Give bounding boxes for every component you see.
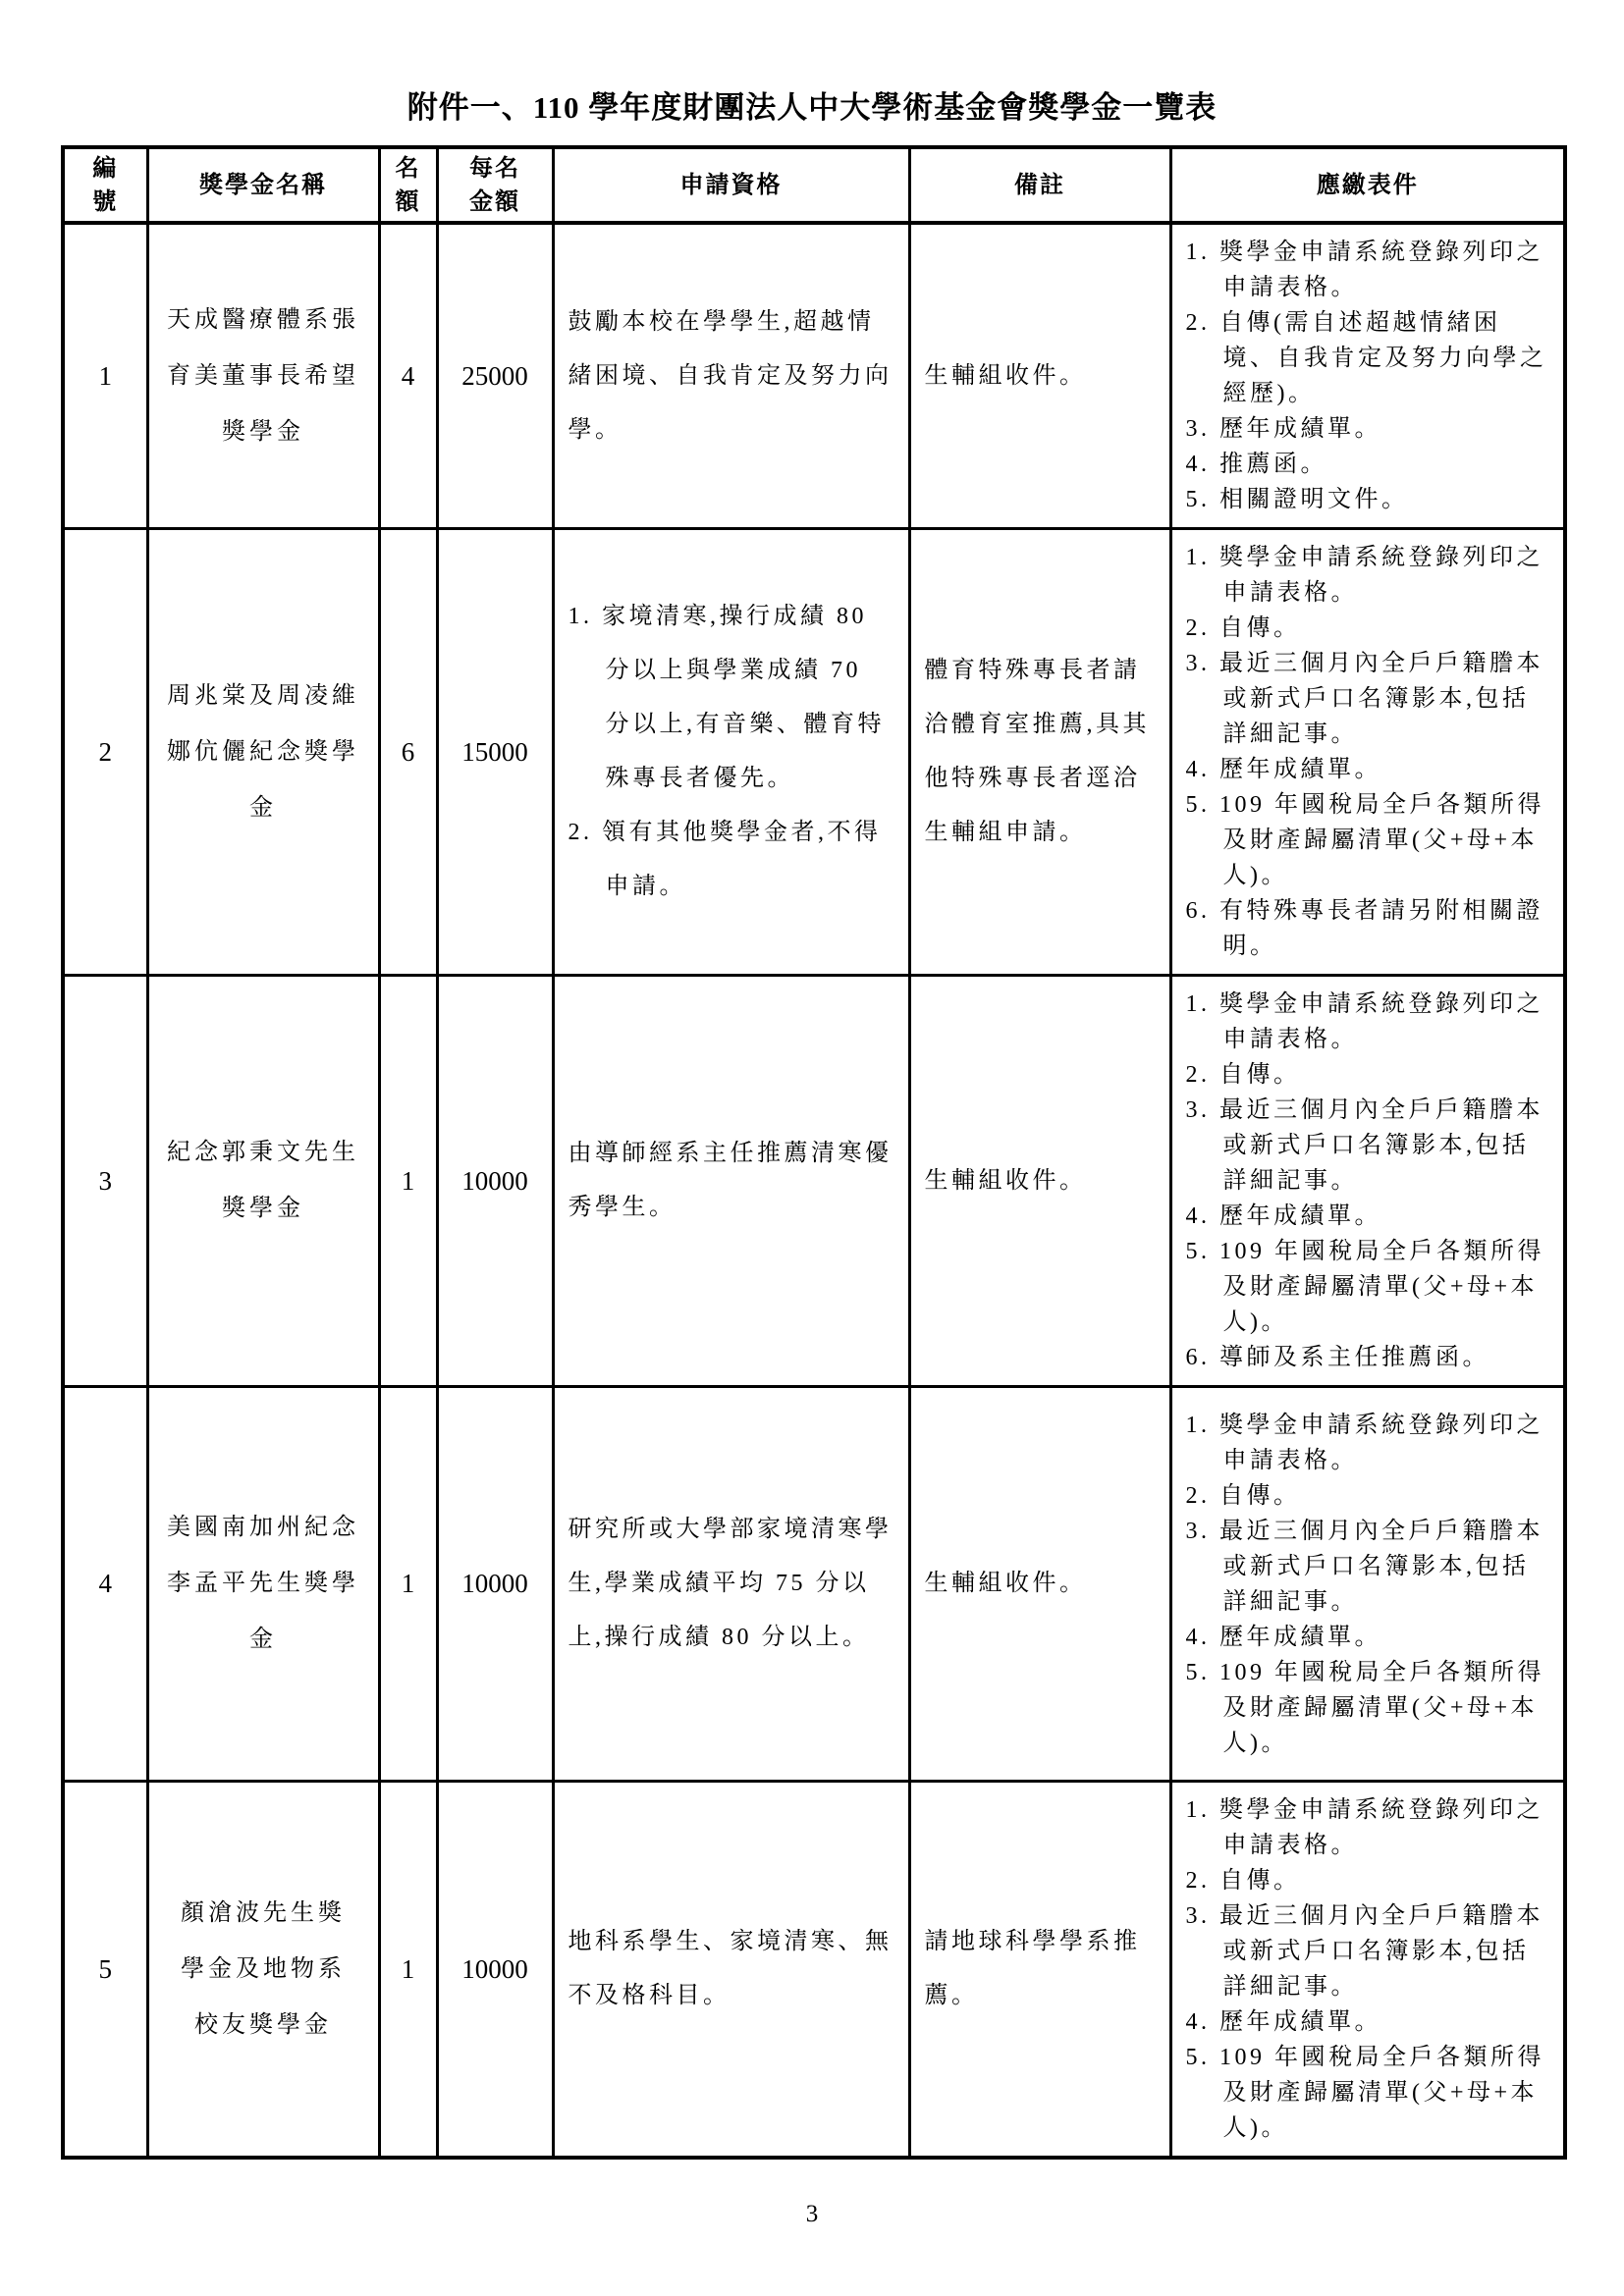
- table-row: 5 顏滄波先生獎 學金及地物系 校友獎學金 1 10000 地科系學生、家境清寒…: [63, 1782, 1565, 2159]
- document-item: 4. 歷年成績單。: [1186, 1620, 1548, 1655]
- note-text: 請地球科學學系推薦。: [925, 1929, 1141, 2008]
- scholarship-name: 紀念郭秉文先生 獎學金: [167, 1140, 359, 1221]
- scholarship-name-cell: 周兆棠及周凌維 娜伉儷紀念獎學 金: [147, 529, 379, 976]
- qualification-item: 1. 家境清寒,操行成績 80 分以上與學業成績 70 分以上,有音樂、體育特殊…: [568, 590, 893, 806]
- row-number-cell: 2: [63, 529, 147, 976]
- document-item: 5. 109 年國稅局全戶各類所得及財產歸屬清單(父+母+本人)。: [1186, 1234, 1548, 1340]
- document-item: 1. 獎學金申請系統登錄列印之申請表格。: [1186, 1792, 1548, 1863]
- page-title: 附件一、110 學年度財團法人中大學術基金會獎學金一覽表: [0, 82, 1624, 127]
- document-item: 3. 最近三個月內全戶戶籍謄本或新式戶口名簿影本,包括詳細記事。: [1186, 1093, 1548, 1199]
- documents-list: 1. 獎學金申請系統登錄列印之申請表格。2. 自傳(需自述超越情緒困境、自我肯定…: [1186, 235, 1548, 517]
- quota-value: 6: [402, 737, 415, 767]
- quota-cell: 1: [379, 1782, 437, 2159]
- note-cell: 生輔組收件。: [909, 976, 1170, 1387]
- document-item: 3. 最近三個月內全戶戶籍謄本或新式戶口名簿影本,包括詳細記事。: [1186, 1514, 1548, 1620]
- document-item: 5. 相關證明文件。: [1186, 482, 1548, 517]
- col-header-note: 備註: [909, 147, 1170, 223]
- qualification-item: 由導師經系主任推薦清寒優秀學生。: [568, 1127, 893, 1235]
- qualification-item: 鼓勵本校在學學生,超越情緒困境、自我肯定及努力向學。: [568, 295, 893, 457]
- row-number-cell: 1: [63, 223, 147, 529]
- col-header-quota: 名 額: [379, 147, 437, 223]
- table-row: 3 紀念郭秉文先生 獎學金 1 10000 由導師經系主任推薦清寒優秀學生。 生…: [63, 976, 1565, 1387]
- note-text: 生輔組收件。: [925, 1168, 1087, 1194]
- documents-cell: 1. 獎學金申請系統登錄列印之申請表格。2. 自傳。3. 最近三個月內全戶戶籍謄…: [1170, 976, 1565, 1387]
- qualification-cell: 研究所或大學部家境清寒學生,學業成績平均 75 分以上,操行成績 80 分以上。: [553, 1387, 909, 1782]
- col-header-number: 編 號: [63, 147, 147, 223]
- amount-value: 10000: [461, 1954, 528, 1984]
- qualification-list: 研究所或大學部家境清寒學生,學業成績平均 75 分以上,操行成績 80 分以上。: [568, 1503, 893, 1665]
- page-number: 3: [0, 2201, 1624, 2228]
- documents-cell: 1. 獎學金申請系統登錄列印之申請表格。2. 自傳。3. 最近三個月內全戶戶籍謄…: [1170, 1387, 1565, 1782]
- qualification-list: 1. 家境清寒,操行成績 80 分以上與學業成績 70 分以上,有音樂、體育特殊…: [568, 590, 893, 914]
- document-item: 2. 自傳。: [1186, 1863, 1548, 1898]
- qualification-item: 地科系學生、家境清寒、無不及格科目。: [568, 1915, 893, 2023]
- row-number: 3: [99, 1166, 113, 1196]
- amount-value: 10000: [461, 1166, 528, 1196]
- documents-list: 1. 獎學金申請系統登錄列印之申請表格。2. 自傳。3. 最近三個月內全戶戶籍謄…: [1186, 987, 1548, 1375]
- scholarship-name: 天成醫療體系張 育美董事長希望 獎學金: [167, 307, 359, 445]
- table-row: 4 美國南加州紀念 李孟平先生獎學 金 1 10000 研究所或大學部家境清寒學…: [63, 1387, 1565, 1782]
- amount-cell: 15000: [437, 529, 553, 976]
- document-page: 附件一、110 學年度財團法人中大學術基金會獎學金一覽表 編 號 獎學金名稱 名…: [0, 0, 1624, 2296]
- col-header-documents: 應繳表件: [1170, 147, 1565, 223]
- document-item: 1. 獎學金申請系統登錄列印之申請表格。: [1186, 987, 1548, 1057]
- qualification-item: 研究所或大學部家境清寒學生,學業成績平均 75 分以上,操行成績 80 分以上。: [568, 1503, 893, 1665]
- col-header-amount: 每名 金額: [437, 147, 553, 223]
- documents-cell: 1. 獎學金申請系統登錄列印之申請表格。2. 自傳(需自述超越情緒困境、自我肯定…: [1170, 223, 1565, 529]
- note-cell: 體育特殊專長者請洽體育室推薦,具其他特殊專長者逕洽生輔組申請。: [909, 529, 1170, 976]
- col-header-qualification: 申請資格: [553, 147, 909, 223]
- document-item: 4. 推薦函。: [1186, 447, 1548, 482]
- table-row: 1 天成醫療體系張 育美董事長希望 獎學金 4 25000 鼓勵本校在學學生,超…: [63, 223, 1565, 529]
- quota-value: 1: [402, 1954, 415, 1984]
- quota-cell: 1: [379, 1387, 437, 1782]
- quota-value: 1: [402, 1569, 415, 1598]
- document-item: 4. 歷年成績單。: [1186, 2004, 1548, 2040]
- document-item: 3. 最近三個月內全戶戶籍謄本或新式戶口名簿影本,包括詳細記事。: [1186, 1898, 1548, 2004]
- note-text: 生輔組收件。: [925, 1571, 1087, 1596]
- scholarship-name-cell: 天成醫療體系張 育美董事長希望 獎學金: [147, 223, 379, 529]
- note-text: 體育特殊專長者請洽體育室推薦,具其他特殊專長者逕洽生輔組申請。: [925, 658, 1151, 845]
- note-cell: 請地球科學學系推薦。: [909, 1782, 1170, 2159]
- note-text: 生輔組收件。: [925, 363, 1087, 389]
- quota-value: 4: [402, 361, 415, 391]
- amount-cell: 25000: [437, 223, 553, 529]
- qualification-list: 地科系學生、家境清寒、無不及格科目。: [568, 1915, 893, 2023]
- row-number: 4: [99, 1569, 113, 1598]
- document-item: 4. 歷年成績單。: [1186, 752, 1548, 787]
- quota-cell: 1: [379, 976, 437, 1387]
- row-number: 1: [99, 361, 113, 391]
- quota-cell: 6: [379, 529, 437, 976]
- document-item: 1. 獎學金申請系統登錄列印之申請表格。: [1186, 1408, 1548, 1478]
- table-body: 1 天成醫療體系張 育美董事長希望 獎學金 4 25000 鼓勵本校在學學生,超…: [63, 223, 1565, 2158]
- qualification-cell: 1. 家境清寒,操行成績 80 分以上與學業成績 70 分以上,有音樂、體育特殊…: [553, 529, 909, 976]
- scholarship-name-cell: 紀念郭秉文先生 獎學金: [147, 976, 379, 1387]
- row-number-cell: 4: [63, 1387, 147, 1782]
- row-number: 5: [99, 1954, 113, 1984]
- document-item: 1. 獎學金申請系統登錄列印之申請表格。: [1186, 235, 1548, 305]
- row-number-cell: 3: [63, 976, 147, 1387]
- quota-cell: 4: [379, 223, 437, 529]
- amount-value: 10000: [461, 1569, 528, 1598]
- document-item: 4. 歷年成績單。: [1186, 1199, 1548, 1234]
- documents-list: 1. 獎學金申請系統登錄列印之申請表格。2. 自傳。3. 最近三個月內全戶戶籍謄…: [1186, 540, 1548, 964]
- documents-list: 1. 獎學金申請系統登錄列印之申請表格。2. 自傳。3. 最近三個月內全戶戶籍謄…: [1186, 1792, 1548, 2146]
- document-item: 3. 歷年成績單。: [1186, 411, 1548, 447]
- note-cell: 生輔組收件。: [909, 1387, 1170, 1782]
- qualification-list: 由導師經系主任推薦清寒優秀學生。: [568, 1127, 893, 1235]
- row-number-cell: 5: [63, 1782, 147, 2159]
- qualification-cell: 由導師經系主任推薦清寒優秀學生。: [553, 976, 909, 1387]
- document-item: 2. 自傳(需自述超越情緒困境、自我肯定及努力向學之經歷)。: [1186, 305, 1548, 411]
- scholarship-name-cell: 美國南加州紀念 李孟平先生獎學 金: [147, 1387, 379, 1782]
- document-item: 5. 109 年國稅局全戶各類所得及財產歸屬清單(父+母+本人)。: [1186, 787, 1548, 893]
- header-row: 編 號 獎學金名稱 名 額 每名 金額 申請資格 備註 應繳表件: [63, 147, 1565, 223]
- document-item: 2. 自傳。: [1186, 1057, 1548, 1093]
- documents-cell: 1. 獎學金申請系統登錄列印之申請表格。2. 自傳。3. 最近三個月內全戶戶籍謄…: [1170, 1782, 1565, 2159]
- qualification-cell: 地科系學生、家境清寒、無不及格科目。: [553, 1782, 909, 2159]
- document-item: 2. 自傳。: [1186, 1478, 1548, 1514]
- qualification-item: 2. 領有其他獎學金者,不得申請。: [568, 806, 893, 914]
- document-item: 2. 自傳。: [1186, 611, 1548, 646]
- document-item: 5. 109 年國稅局全戶各類所得及財產歸屬清單(父+母+本人)。: [1186, 1655, 1548, 1761]
- qualification-cell: 鼓勵本校在學學生,超越情緒困境、自我肯定及努力向學。: [553, 223, 909, 529]
- document-item: 1. 獎學金申請系統登錄列印之申請表格。: [1186, 540, 1548, 611]
- document-item: 3. 最近三個月內全戶戶籍謄本或新式戶口名簿影本,包括詳細記事。: [1186, 646, 1548, 752]
- scholarship-name-cell: 顏滄波先生獎 學金及地物系 校友獎學金: [147, 1782, 379, 2159]
- document-item: 5. 109 年國稅局全戶各類所得及財產歸屬清單(父+母+本人)。: [1186, 2040, 1548, 2146]
- scholarship-name: 美國南加州紀念 李孟平先生獎學 金: [167, 1515, 359, 1652]
- documents-cell: 1. 獎學金申請系統登錄列印之申請表格。2. 自傳。3. 最近三個月內全戶戶籍謄…: [1170, 529, 1565, 976]
- document-item: 6. 有特殊專長者請另附相關證明。: [1186, 893, 1548, 964]
- col-header-name: 獎學金名稱: [147, 147, 379, 223]
- scholarship-name: 周兆棠及周凌維 娜伉儷紀念獎學 金: [167, 683, 359, 821]
- scholarship-table: 編 號 獎學金名稱 名 額 每名 金額 申請資格 備註 應繳表件 1 天成醫療體…: [61, 145, 1567, 2160]
- amount-cell: 10000: [437, 1387, 553, 1782]
- document-item: 6. 導師及系主任推薦函。: [1186, 1340, 1548, 1375]
- amount-value: 25000: [461, 361, 528, 391]
- amount-value: 15000: [461, 737, 528, 767]
- row-number: 2: [99, 737, 113, 767]
- qualification-list: 鼓勵本校在學學生,超越情緒困境、自我肯定及努力向學。: [568, 295, 893, 457]
- table-row: 2 周兆棠及周凌維 娜伉儷紀念獎學 金 6 15000 1. 家境清寒,操行成績…: [63, 529, 1565, 976]
- scholarship-name: 顏滄波先生獎 學金及地物系 校友獎學金: [181, 1900, 346, 2038]
- note-cell: 生輔組收件。: [909, 223, 1170, 529]
- table-header: 編 號 獎學金名稱 名 額 每名 金額 申請資格 備註 應繳表件: [63, 147, 1565, 223]
- amount-cell: 10000: [437, 976, 553, 1387]
- quota-value: 1: [402, 1166, 415, 1196]
- amount-cell: 10000: [437, 1782, 553, 2159]
- documents-list: 1. 獎學金申請系統登錄列印之申請表格。2. 自傳。3. 最近三個月內全戶戶籍謄…: [1186, 1408, 1548, 1761]
